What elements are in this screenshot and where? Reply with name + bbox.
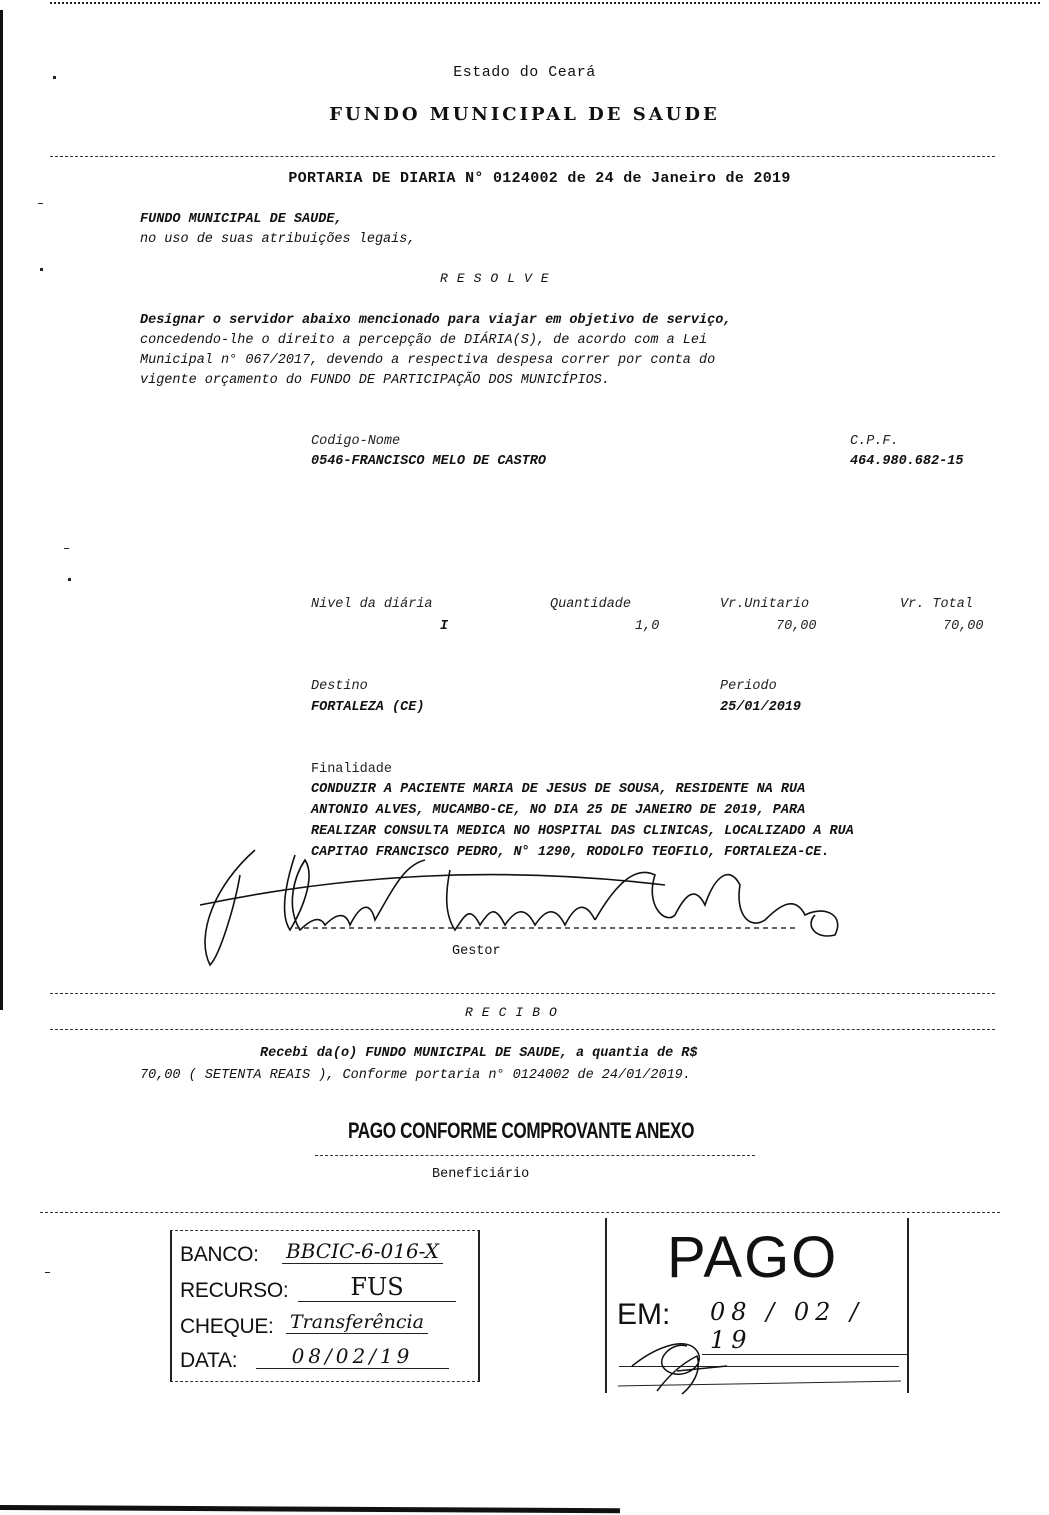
pago-stamp: PAGO EM: 08 / 02 / 19: [605, 1218, 909, 1393]
data-value: 08/02/19: [256, 1344, 449, 1369]
pago-conforme-stamp: PAGO CONFORME COMPROVANTE ANEXO: [348, 1118, 694, 1144]
cpf-label: C.P.F.: [850, 434, 899, 449]
finalidade-label: Finalidade: [311, 762, 392, 777]
codigo-nome-label: Codigo-Nome: [311, 434, 400, 449]
periodo-value: 25/01/2019: [720, 700, 801, 715]
divider: [50, 1029, 995, 1030]
preamble-line-2: no uso de suas atribuições legais,: [140, 232, 415, 247]
beneficiario-signature-line: [315, 1155, 755, 1156]
divider: [50, 993, 995, 994]
signature-scribble: [195, 845, 875, 970]
recibo-line-2: 70,00 ( SETENTA REAIS ), Conforme portar…: [140, 1068, 691, 1083]
finalidade-line-2: ANTONIO ALVES, MUCAMBO-CE, NO DIA 25 DE …: [311, 803, 805, 818]
scan-speck: [64, 548, 69, 549]
portaria-title: PORTARIA DE DIARIA N° 0124002 de 24 de J…: [0, 170, 1049, 187]
fund-name: FUNDO MUNICIPAL DE SAUDE: [0, 104, 1049, 125]
quantidade-label: Quantidade: [550, 597, 631, 612]
vr-total-label: Vr. Total: [900, 597, 973, 612]
quantidade-value: 1,0: [635, 619, 659, 634]
scan-speck: [45, 1272, 50, 1273]
body-line-4: vigente orçamento do FUNDO DE PARTICIPAÇ…: [140, 373, 610, 388]
scan-speck: [38, 203, 43, 204]
nivel-label: Nivel da diária: [311, 597, 433, 612]
banco-label: BANCO:: [180, 1243, 259, 1267]
body-line-2: concedendo-lhe o direito a percepção de …: [140, 333, 707, 348]
scan-speck: [40, 268, 43, 271]
nivel-value: I: [440, 619, 448, 634]
vr-total-value: 70,00: [943, 619, 984, 634]
scan-edge-top: [50, 2, 1040, 5]
destino-label: Destino: [311, 679, 368, 694]
scan-speck: [53, 76, 56, 79]
cheque-label: CHEQUE:: [180, 1315, 274, 1339]
scan-edge-left: [0, 10, 3, 1010]
recibo-line-1: Recebi da(o) FUNDO MUNICIPAL DE SAUDE, a…: [260, 1046, 697, 1061]
body-line-3: Municipal n° 067/2017, devendo a respect…: [140, 353, 715, 368]
divider: [50, 156, 995, 157]
state-name: Estado do Ceará: [0, 64, 1049, 81]
recibo-heading: RECIBO: [465, 1005, 566, 1020]
cpf-value: 464.980.682-15: [850, 454, 963, 469]
banco-value: BBCIC-6-016-X: [282, 1239, 443, 1264]
pago-title: PAGO: [667, 1224, 838, 1291]
scan-edge-bottom: [0, 1505, 620, 1513]
bank-stamp: BANCO: BBCIC-6-016-X RECURSO: FUS CHEQUE…: [170, 1230, 480, 1382]
destino-value: FORTALEZA (CE): [311, 700, 424, 715]
beneficiario-label: Beneficiário: [432, 1167, 529, 1182]
recurso-value: FUS: [298, 1273, 456, 1302]
periodo-label: Periodo: [720, 679, 777, 694]
data-label: DATA:: [180, 1349, 237, 1373]
finalidade-line-1: CONDUZIR A PACIENTE MARIA DE JESUS DE SO…: [311, 782, 805, 797]
preamble-line-1: FUNDO MUNICIPAL DE SAUDE,: [140, 212, 343, 227]
recurso-label: RECURSO:: [180, 1279, 288, 1303]
cheque-value: Transferência: [286, 1311, 428, 1334]
finalidade-line-3: REALIZAR CONSULTA MEDICA NO HOSPITAL DAS…: [311, 824, 854, 839]
gestor-label: Gestor: [452, 944, 501, 959]
vr-unitario-value: 70,00: [776, 619, 817, 634]
scan-speck: [68, 578, 71, 581]
resolve-heading: RESOLVE: [440, 271, 558, 286]
divider: [40, 1212, 1000, 1213]
body-line-1: Designar o servidor abaixo mencionado pa…: [140, 313, 731, 328]
codigo-nome-value: 0546-FRANCISCO MELO DE CASTRO: [311, 454, 546, 469]
portaria-document: Estado do Ceará FUNDO MUNICIPAL DE SAUDE…: [0, 0, 1049, 1515]
vr-unitario-label: Vr.Unitario: [720, 597, 809, 612]
